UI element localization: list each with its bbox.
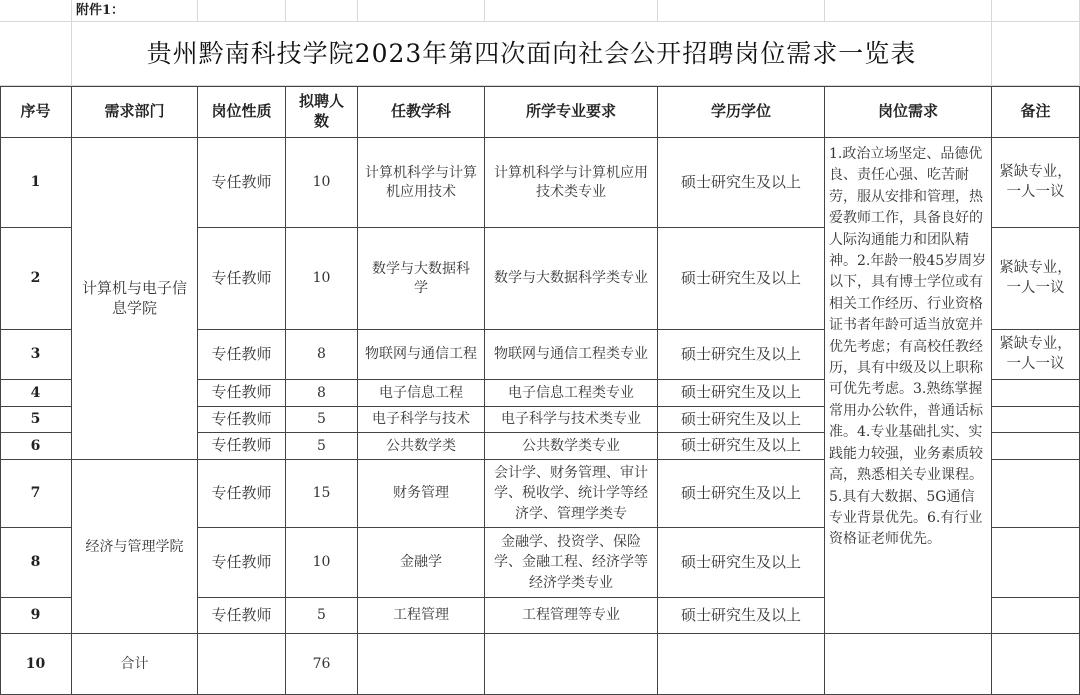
header-degree: 学历学位 xyxy=(658,86,825,138)
job-requirements-text: 1.政治立场坚定、品德优良、责任心强、吃苦耐劳，服从安排和管理，热爱教师工作，具… xyxy=(829,144,988,551)
row-nature: 专任教师 xyxy=(198,460,286,528)
row-remark: 紧缺专业，一人一议 xyxy=(992,228,1080,330)
header-major: 所学专业要求 xyxy=(485,86,658,138)
blank-cell xyxy=(358,0,485,22)
blank-cell xyxy=(992,0,1080,22)
total-count: 76 xyxy=(286,634,358,695)
row-count: 5 xyxy=(286,433,358,460)
row-major: 工程管理等专业 xyxy=(485,598,658,634)
row-major: 物联网与通信工程类专业 xyxy=(485,330,658,380)
row-count: 15 xyxy=(286,460,358,528)
blank-cell xyxy=(198,634,286,695)
row-count: 5 xyxy=(286,598,358,634)
row-major: 数学与大数据科学类专业 xyxy=(485,228,658,330)
row-seq: 4 xyxy=(0,380,72,407)
row-subject: 电子信息工程 xyxy=(358,380,485,407)
header-count: 拟聘人数 xyxy=(286,86,358,138)
row-count: 10 xyxy=(286,138,358,228)
row-seq: 9 xyxy=(0,598,72,634)
row-seq: 7 xyxy=(0,460,72,528)
row-remark xyxy=(992,380,1080,407)
row-nature: 专任教师 xyxy=(198,407,286,433)
header-nature: 岗位性质 xyxy=(198,86,286,138)
row-nature: 专任教师 xyxy=(198,433,286,460)
row-count: 8 xyxy=(286,330,358,380)
dept-computer: 计算机与电子信息学院 xyxy=(72,138,198,460)
row-subject: 计算机科学与计算机应用技术 xyxy=(358,138,485,228)
row-seq: 8 xyxy=(0,528,72,598)
row-degree: 硕士研究生及以上 xyxy=(658,330,825,380)
blank-cell xyxy=(825,634,992,695)
row-seq: 1 xyxy=(0,138,72,228)
row-count: 8 xyxy=(286,380,358,407)
row-nature: 专任教师 xyxy=(198,598,286,634)
row-remark xyxy=(992,460,1080,528)
row-nature: 专任教师 xyxy=(198,330,286,380)
row-major: 金融学、投资学、保险学、金融工程、经济学等经济学类专业 xyxy=(485,528,658,598)
row-subject: 财务管理 xyxy=(358,460,485,528)
row-remark xyxy=(992,598,1080,634)
row-seq: 2 xyxy=(0,228,72,330)
blank-cell xyxy=(992,634,1080,695)
header-dept: 需求部门 xyxy=(72,86,198,138)
blank-cell xyxy=(992,22,1080,86)
row-seq: 3 xyxy=(0,330,72,380)
dept-economics: 经济与管理学院 xyxy=(72,460,198,634)
row-subject: 工程管理 xyxy=(358,598,485,634)
header-subject: 任教学科 xyxy=(358,86,485,138)
row-seq: 6 xyxy=(0,433,72,460)
total-label: 合计 xyxy=(72,634,198,695)
row-subject: 数学与大数据科学 xyxy=(358,228,485,330)
row-remark: 紧缺专业，一人一议 xyxy=(992,138,1080,228)
row-remark xyxy=(992,528,1080,598)
row-major: 电子科学与技术类专业 xyxy=(485,407,658,433)
row-seq: 5 xyxy=(0,407,72,433)
row-nature: 专任教师 xyxy=(198,528,286,598)
row-nature: 专任教师 xyxy=(198,228,286,330)
row-major: 电子信息工程类专业 xyxy=(485,380,658,407)
blank-cell xyxy=(358,634,485,695)
row-degree: 硕士研究生及以上 xyxy=(658,460,825,528)
blank-cell xyxy=(485,0,658,22)
row-degree: 硕士研究生及以上 xyxy=(658,380,825,407)
job-requirements: 1.政治立场坚定、品德优良、责任心强、吃苦耐劳，服从安排和管理，热爱教师工作，具… xyxy=(825,138,992,634)
blank-cell xyxy=(286,0,358,22)
header-seq: 序号 xyxy=(0,86,72,138)
row-major: 计算机科学与计算机应用技术类专业 xyxy=(485,138,658,228)
header-remarks: 备注 xyxy=(992,86,1080,138)
total-seq: 10 xyxy=(0,634,72,695)
row-major: 会计学、财务管理、审计学、税收学、统计学等经济学、管理学类专 xyxy=(485,460,658,528)
row-count: 5 xyxy=(286,407,358,433)
attachment-label: 附件1： xyxy=(72,0,198,22)
row-nature: 专任教师 xyxy=(198,138,286,228)
blank-cell xyxy=(825,0,992,22)
row-count: 10 xyxy=(286,228,358,330)
row-nature: 专任教师 xyxy=(198,380,286,407)
row-degree: 硕士研究生及以上 xyxy=(658,433,825,460)
page-title: 贵州黔南科技学院2023年第四次面向社会公开招聘岗位需求一览表 xyxy=(72,22,992,86)
row-degree: 硕士研究生及以上 xyxy=(658,228,825,330)
blank-cell xyxy=(0,22,72,86)
row-remark xyxy=(992,433,1080,460)
row-remark: 紧缺专业，一人一议 xyxy=(992,330,1080,380)
row-major: 公共数学类专业 xyxy=(485,433,658,460)
row-degree: 硕士研究生及以上 xyxy=(658,407,825,433)
blank-cell xyxy=(658,0,825,22)
row-count: 10 xyxy=(286,528,358,598)
row-subject: 公共数学类 xyxy=(358,433,485,460)
blank-cell xyxy=(658,634,825,695)
row-remark xyxy=(992,407,1080,433)
row-subject: 金融学 xyxy=(358,528,485,598)
blank-cell xyxy=(198,0,286,22)
header-requirements: 岗位需求 xyxy=(825,86,992,138)
row-subject: 物联网与通信工程 xyxy=(358,330,485,380)
row-degree: 硕士研究生及以上 xyxy=(658,138,825,228)
row-degree: 硕士研究生及以上 xyxy=(658,598,825,634)
row-degree: 硕士研究生及以上 xyxy=(658,528,825,598)
row-subject: 电子科学与技术 xyxy=(358,407,485,433)
blank-cell xyxy=(485,634,658,695)
blank-cell xyxy=(0,0,72,22)
